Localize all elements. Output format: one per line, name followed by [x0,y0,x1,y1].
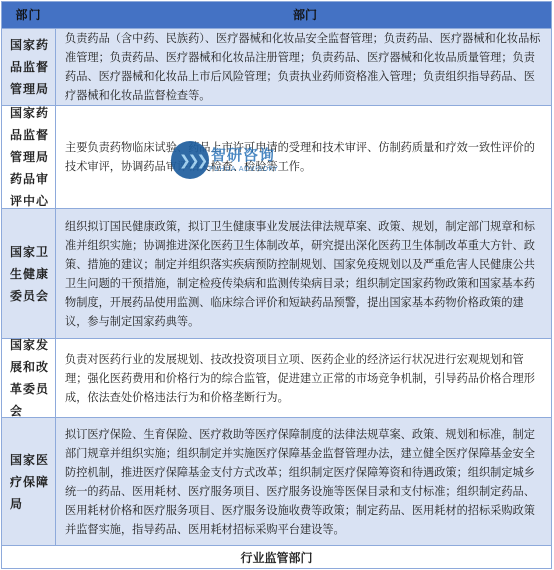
dept-name: 国家医疗保障局 [2,418,56,545]
header-desc: 部门 [56,2,551,28]
table-row: 国家药品监督管理局 负责药品（含中药、民族药）、医疗器械和化妆品安全监督管理；负… [2,29,551,106]
table-row: 国家卫生健康委员会 组织拟订国民健康政策，拟订卫生健康事业发展法律法规草案、政策… [2,209,551,339]
table-row: 国家医疗保障局 拟订医疗保险、生育保险、医疗救助等医疗保障制度的法律法规草案、政… [2,418,551,546]
dept-desc: 组织拟订国民健康政策，拟订卫生健康事业发展法律法规草案、政策、规划，制定部门规章… [56,209,551,338]
dept-desc: 负责对医药行业的发展规划、技改投资项目立项、医药企业的经济运行状况进行宏观规划和… [56,339,551,417]
table-header: 部门 部门 [2,2,551,29]
table-row: 国家发展和改革委员会 负责对医药行业的发展规划、技改投资项目立项、医药企业的经济… [2,339,551,418]
dept-name: 国家药品监督管理局药品审评中心 [2,106,56,208]
dept-name: 国家药品监督管理局 [2,29,56,105]
regulatory-departments-table: 部门 部门 国家药品监督管理局 负责药品（含中药、民族药）、医疗器械和化妆品安全… [1,1,552,569]
dept-desc: 拟订医疗保险、生育保险、医疗救助等医疗保障制度的法律法规草案、政策、规划和标准，… [56,418,551,545]
dept-desc: 负责药品（含中药、民族药）、医疗器械和化妆品安全监督管理；负责药品、医疗器械和化… [56,29,551,105]
dept-desc: 主要负责药物临床试验、药品上市许可申请的受理和技术审评、仿制药质量和疗效一致性评… [56,106,551,208]
table-row: 国家药品监督管理局药品审评中心 主要负责药物临床试验、药品上市许可申请的受理和技… [2,106,551,209]
dept-name: 国家发展和改革委员会 [2,339,56,417]
dept-name: 国家卫生健康委员会 [2,209,56,338]
table-footer: 行业监管部门 [2,546,551,568]
header-dept: 部门 [2,2,56,28]
